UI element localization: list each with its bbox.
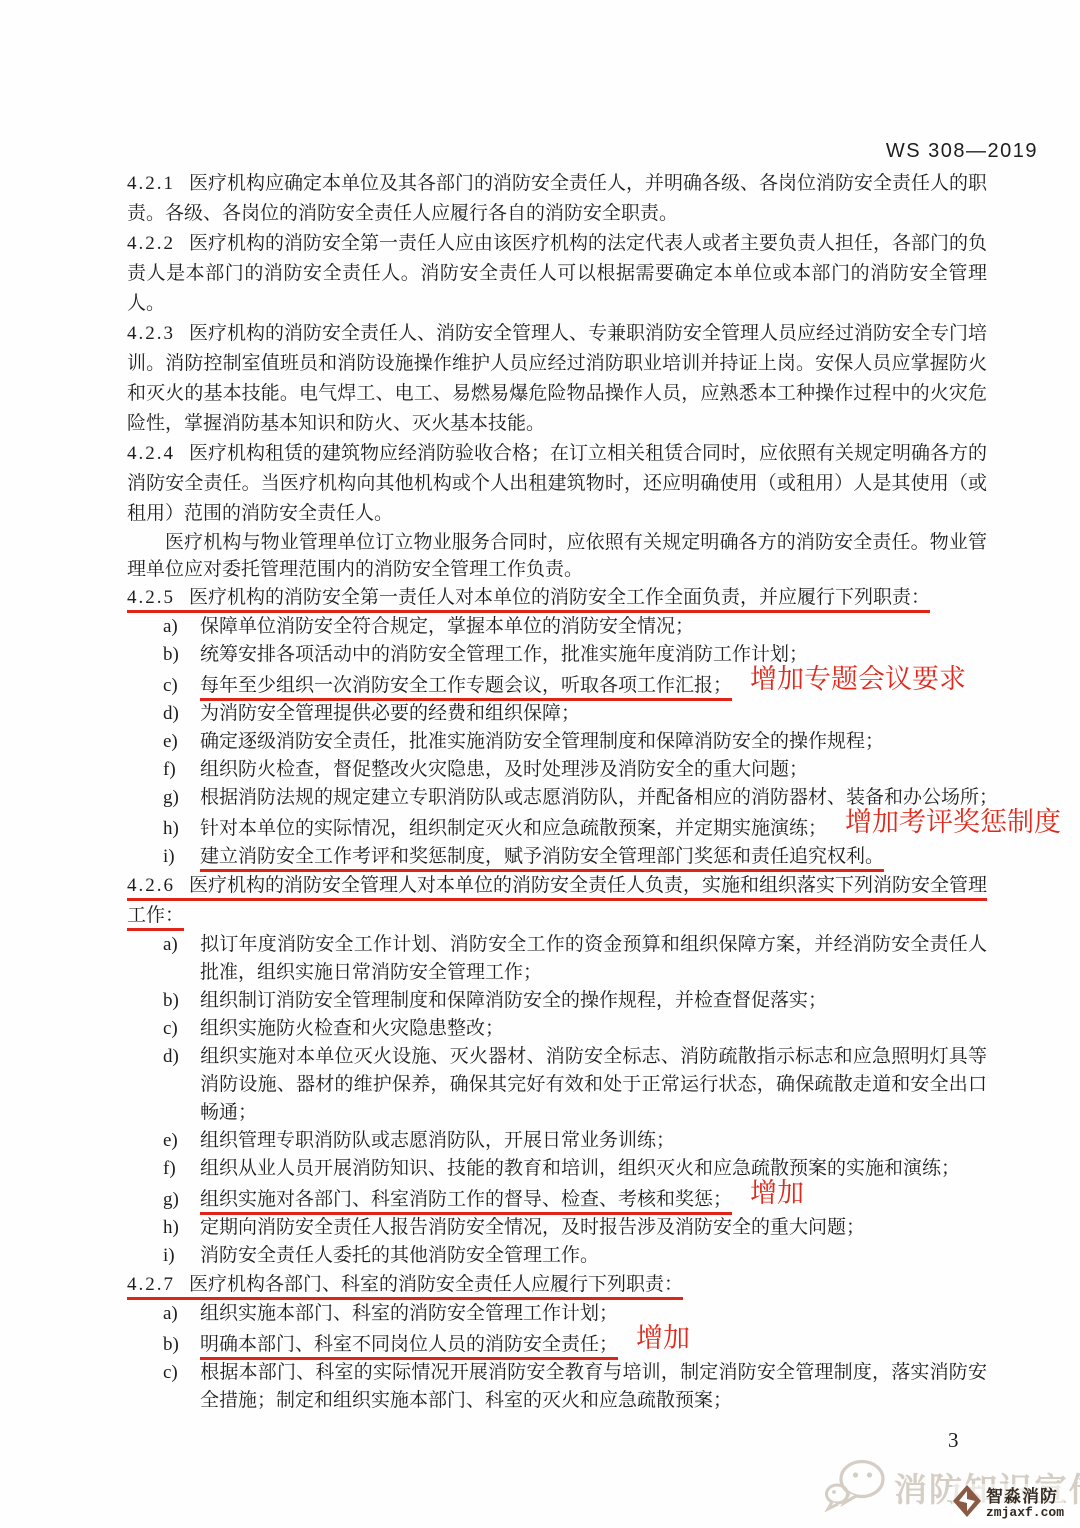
item-letter: d) xyxy=(163,700,200,728)
list-item-g: g)组织实施对各部门、科室消防工作的督导、检查、考核和奖惩；增加 xyxy=(127,1183,987,1214)
item-letter: i) xyxy=(163,1242,200,1270)
section-number: 4.2.7 xyxy=(127,1274,175,1295)
item-letter: i) xyxy=(163,843,200,871)
list-item-a: a)组织实施本部门、科室的消防安全管理工作计划； xyxy=(127,1300,987,1328)
list-item-c: c)根据本部门、科室的实际情况开展消防安全教育与培训，制定消防安全管理制度，落实… xyxy=(127,1359,987,1415)
section-4.2.4: 4.2.4医疗机构租赁的建筑物应经消防验收合格；在订立相关租赁合同时，应依照有关… xyxy=(127,439,987,529)
brand-name: 智淼消防 xyxy=(986,1488,1064,1506)
item-text: 定期向消防安全责任人报告消防安全情况，及时报告涉及消防安全的重大问题； xyxy=(200,1217,865,1238)
section-number: 4.2.1 xyxy=(127,173,175,194)
document-page: WS 308—2019 4.2.1医疗机构应确定本单位及其各部门的消防安全责任人… xyxy=(0,0,1080,1528)
text-run: c)组织实施防火检查和火灾隐患整改； xyxy=(200,1018,504,1039)
item-letter: c) xyxy=(163,672,200,700)
doc-code-header: WS 308—2019 xyxy=(886,140,1038,163)
list-item-c: c)组织实施防火检查和火灾隐患整改； xyxy=(127,1015,987,1043)
page-number: 3 xyxy=(948,1428,959,1453)
text-run: h)针对本单位的实际情况，组织制定灭火和应急疏散预案，并定期实施演练； xyxy=(200,818,827,839)
red-underlined-text: b)明确本部门、科室不同岗位人员的消防安全责任； xyxy=(200,1334,618,1360)
item-letter: b) xyxy=(163,987,200,1015)
red-underlined-text: 4.2.7医疗机构各部门、科室的消防安全责任人应履行下列职责： xyxy=(127,1274,683,1300)
item-text: 医疗机构的消防安全管理人对本单位的消防安全责任人负责，实施和组织落实下列消防安全… xyxy=(127,875,987,926)
item-letter: a) xyxy=(163,1300,200,1328)
item-text: 建立消防安全工作考评和奖惩制度，赋予消防安全管理部门奖惩和责任追究权利。 xyxy=(200,846,884,867)
section-number: 4.2.4 xyxy=(127,443,175,464)
text-run: e)确定逐级消防安全责任，批准实施消防安全管理制度和保障消防安全的操作规程； xyxy=(200,731,884,752)
item-text: 组织从业人员开展消防知识、技能的教育和培训，组织灭火和应急疏散预案的实施和演练； xyxy=(200,1158,960,1179)
item-letter: g) xyxy=(163,1186,200,1214)
document-body: 4.2.1医疗机构应确定本单位及其各部门的消防安全责任人，并明确各级、各岗位消防… xyxy=(127,169,987,1415)
paragraph: 医疗机构与物业管理单位订立物业服务合同时，应依照有关规定明确各方的消防安全责任。… xyxy=(127,529,987,583)
item-text: 医疗机构的消防安全第一责任人应由该医疗机构的法定代表人或者主要负责人担任，各部门… xyxy=(127,233,987,314)
item-text: 拟订年度消防安全工作计划、消防安全工作的资金预算和组织保障方案，并经消防安全责任… xyxy=(200,934,987,983)
item-text: 医疗机构应确定本单位及其各部门的消防安全责任人，并明确各级、各岗位消防安全责任人… xyxy=(127,173,987,224)
item-letter: g) xyxy=(163,784,200,812)
item-text: 消防安全责任人委托的其他消防安全管理工作。 xyxy=(200,1245,599,1266)
list-item-h: h)定期向消防安全责任人报告消防安全情况，及时报告涉及消防安全的重大问题； xyxy=(127,1214,987,1242)
item-letter: c) xyxy=(163,1015,200,1043)
item-text: 为消防安全管理提供必要的经费和组织保障； xyxy=(200,703,580,724)
red-review-annotation: 增加 xyxy=(750,1178,804,1208)
item-text: 医疗机构的消防安全第一责任人对本单位的消防安全工作全面负责，并应履行下列职责： xyxy=(189,587,930,608)
section-4.2.7: 4.2.7医疗机构各部门、科室的消防安全责任人应履行下列职责： xyxy=(127,1270,987,1300)
section-number: 4.2.3 xyxy=(127,323,175,344)
list-item-e: e)组织管理专职消防队或志愿消防队，开展日常业务训练； xyxy=(127,1127,987,1155)
item-text: 组织实施对本单位灭火设施、灭火器材、消防安全标志、消防疏散指示标志和应急照明灯具… xyxy=(200,1046,987,1123)
zhimiao-logo-icon xyxy=(952,1484,982,1523)
item-text: 针对本单位的实际情况，组织制定灭火和应急疏散预案，并定期实施演练； xyxy=(200,818,827,839)
list-item-a: a)保障单位消防安全符合规定，掌握本单位的消防安全情况； xyxy=(127,613,987,641)
item-text: 根据消防法规的规定建立专职消防队或志愿消防队，并配备相应的消防器材、装备和办公场… xyxy=(200,787,998,808)
item-text: 医疗机构各部门、科室的消防安全责任人应履行下列职责： xyxy=(189,1274,683,1295)
text-run: b)统筹安排各项活动中的消防安全管理工作，批准实施年度消防工作计划； xyxy=(200,644,808,665)
red-underlined-text: 4.2.5医疗机构的消防安全第一责任人对本单位的消防安全工作全面负责，并应履行下… xyxy=(127,587,930,613)
item-letter: e) xyxy=(163,1127,200,1155)
red-review-annotation: 增加专题会议要求 xyxy=(750,664,966,694)
text-run: c)根据本部门、科室的实际情况开展消防安全教育与培训，制定消防安全管理制度，落实… xyxy=(200,1362,987,1411)
brand-url: zmjaxf.com xyxy=(986,1506,1064,1520)
text-run: 4.2.4医疗机构租赁的建筑物应经消防验收合格；在订立相关租赁合同时，应依照有关… xyxy=(127,443,987,524)
section-number: 4.2.6 xyxy=(127,875,175,896)
item-text: 每年至少组织一次消防安全工作专题会议，听取各项工作汇报； xyxy=(200,675,732,696)
item-text: 统筹安排各项活动中的消防安全管理工作，批准实施年度消防工作计划； xyxy=(200,644,808,665)
section-4.2.1: 4.2.1医疗机构应确定本单位及其各部门的消防安全责任人，并明确各级、各岗位消防… xyxy=(127,169,987,229)
text-run: a)拟订年度消防安全工作计划、消防安全工作的资金预算和组织保障方案，并经消防安全… xyxy=(200,934,987,983)
list-item-f: f)组织从业人员开展消防知识、技能的教育和培训，组织灭火和应急疏散预案的实施和演… xyxy=(127,1155,987,1183)
item-letter: c) xyxy=(163,1359,200,1387)
item-text: 保障单位消防安全符合规定，掌握本单位的消防安全情况； xyxy=(200,616,694,637)
item-letter: e) xyxy=(163,728,200,756)
text-run: f)组织从业人员开展消防知识、技能的教育和培训，组织灭火和应急疏散预案的实施和演… xyxy=(200,1158,960,1179)
text-run: b)组织制订消防安全管理制度和保障消防安全的操作规程，并检查督促落实； xyxy=(200,990,827,1011)
item-letter: a) xyxy=(163,613,200,641)
red-underlined-text: 4.2.6医疗机构的消防安全管理人对本单位的消防安全责任人负责，实施和组织落实下… xyxy=(127,875,987,931)
item-text: 组织防火检查，督促整改火灾隐患，及时处理涉及消防安全的重大问题； xyxy=(200,759,808,780)
item-letter: f) xyxy=(163,1155,200,1183)
red-underlined-text: g)组织实施对各部门、科室消防工作的督导、检查、考核和奖惩； xyxy=(200,1189,732,1215)
item-text: 组织实施对各部门、科室消防工作的督导、检查、考核和奖惩； xyxy=(200,1189,732,1210)
text-run: i)消防安全责任人委托的其他消防安全管理工作。 xyxy=(200,1245,599,1266)
item-letter: h) xyxy=(163,1214,200,1242)
item-letter: f) xyxy=(163,756,200,784)
section-number: 4.2.2 xyxy=(127,233,175,254)
list-item-d: d)组织实施对本单位灭火设施、灭火器材、消防安全标志、消防疏散指示标志和应急照明… xyxy=(127,1043,987,1127)
text-run: a)组织实施本部门、科室的消防安全管理工作计划； xyxy=(200,1303,618,1324)
section-4.2.3: 4.2.3医疗机构的消防安全责任人、消防安全管理人、专兼职消防安全管理人员应经过… xyxy=(127,319,987,439)
item-letter: h) xyxy=(163,815,200,843)
list-item-f: f)组织防火检查，督促整改火灾隐患，及时处理涉及消防安全的重大问题； xyxy=(127,756,987,784)
red-underlined-text: i)建立消防安全工作考评和奖惩制度，赋予消防安全管理部门奖惩和责任追究权利。 xyxy=(200,846,884,872)
text-run: d)为消防安全管理提供必要的经费和组织保障； xyxy=(200,703,580,724)
list-item-d: d)为消防安全管理提供必要的经费和组织保障； xyxy=(127,700,987,728)
item-text: 组织实施防火检查和火灾隐患整改； xyxy=(200,1018,504,1039)
red-review-annotation: 增加考评奖惩制度 xyxy=(845,807,1061,837)
text-run: a)保障单位消防安全符合规定，掌握本单位的消防安全情况； xyxy=(200,616,694,637)
brand-badge: 智淼消防 zmjaxf.com xyxy=(952,1484,1064,1523)
list-item-c: c)每年至少组织一次消防安全工作专题会议，听取各项工作汇报；增加专题会议要求 xyxy=(127,669,987,700)
item-text: 组织制订消防安全管理制度和保障消防安全的操作规程，并检查督促落实； xyxy=(200,990,827,1011)
item-text: 组织实施本部门、科室的消防安全管理工作计划； xyxy=(200,1303,618,1324)
item-letter: a) xyxy=(163,931,200,959)
list-item-a: a)拟订年度消防安全工作计划、消防安全工作的资金预算和组织保障方案，并经消防安全… xyxy=(127,931,987,987)
item-text: 组织管理专职消防队或志愿消防队，开展日常业务训练； xyxy=(200,1130,675,1151)
item-text: 医疗机构与物业管理单位订立物业服务合同时，应依照有关规定明确各方的消防安全责任。… xyxy=(127,532,987,580)
wechat-icon xyxy=(824,1458,886,1517)
item-text: 确定逐级消防安全责任，批准实施消防安全管理制度和保障消防安全的操作规程； xyxy=(200,731,884,752)
text-run: 4.2.1医疗机构应确定本单位及其各部门的消防安全责任人，并明确各级、各岗位消防… xyxy=(127,173,987,224)
list-item-i: i)建立消防安全工作考评和奖惩制度，赋予消防安全管理部门奖惩和责任追究权利。 xyxy=(127,843,987,871)
item-text: 医疗机构租赁的建筑物应经消防验收合格；在订立相关租赁合同时，应依照有关规定明确各… xyxy=(127,443,987,524)
item-letter: b) xyxy=(163,641,200,669)
list-item-i: i)消防安全责任人委托的其他消防安全管理工作。 xyxy=(127,1242,987,1270)
text-run: 4.2.3医疗机构的消防安全责任人、消防安全管理人、专兼职消防安全管理人员应经过… xyxy=(127,323,987,434)
red-underlined-text: c)每年至少组织一次消防安全工作专题会议，听取各项工作汇报； xyxy=(200,675,732,701)
text-run: g)根据消防法规的规定建立专职消防队或志愿消防队，并配备相应的消防器材、装备和办… xyxy=(200,787,998,808)
item-text: 根据本部门、科室的实际情况开展消防安全教育与培训，制定消防安全管理制度，落实消防… xyxy=(200,1362,987,1411)
item-text: 明确本部门、科室不同岗位人员的消防安全责任； xyxy=(200,1334,618,1355)
section-4.2.2: 4.2.2医疗机构的消防安全第一责任人应由该医疗机构的法定代表人或者主要负责人担… xyxy=(127,229,987,319)
list-item-b: b)组织制订消防安全管理制度和保障消防安全的操作规程，并检查督促落实； xyxy=(127,987,987,1015)
section-number: 4.2.5 xyxy=(127,587,175,608)
text-run: e)组织管理专职消防队或志愿消防队，开展日常业务训练； xyxy=(200,1130,675,1151)
text-run: 4.2.2医疗机构的消防安全第一责任人应由该医疗机构的法定代表人或者主要负责人担… xyxy=(127,233,987,314)
red-review-annotation: 增加 xyxy=(636,1323,690,1353)
list-item-b: b)明确本部门、科室不同岗位人员的消防安全责任；增加 xyxy=(127,1328,987,1359)
item-letter: d) xyxy=(163,1043,200,1071)
section-4.2.5: 4.2.5医疗机构的消防安全第一责任人对本单位的消防安全工作全面负责，并应履行下… xyxy=(127,583,987,613)
list-item-h: h)针对本单位的实际情况，组织制定灭火和应急疏散预案，并定期实施演练；增加考评奖… xyxy=(127,812,987,843)
item-text: 医疗机构的消防安全责任人、消防安全管理人、专兼职消防安全管理人员应经过消防安全专… xyxy=(127,323,987,434)
text-run: d)组织实施对本单位灭火设施、灭火器材、消防安全标志、消防疏散指示标志和应急照明… xyxy=(200,1046,987,1123)
list-item-e: e)确定逐级消防安全责任，批准实施消防安全管理制度和保障消防安全的操作规程； xyxy=(127,728,987,756)
item-letter: b) xyxy=(163,1331,200,1359)
text-run: f)组织防火检查，督促整改火灾隐患，及时处理涉及消防安全的重大问题； xyxy=(200,759,808,780)
text-run: h)定期向消防安全责任人报告消防安全情况，及时报告涉及消防安全的重大问题； xyxy=(200,1217,865,1238)
text-run: 医疗机构与物业管理单位订立物业服务合同时，应依照有关规定明确各方的消防安全责任。… xyxy=(127,532,987,580)
section-4.2.6: 4.2.6医疗机构的消防安全管理人对本单位的消防安全责任人负责，实施和组织落实下… xyxy=(127,871,987,931)
